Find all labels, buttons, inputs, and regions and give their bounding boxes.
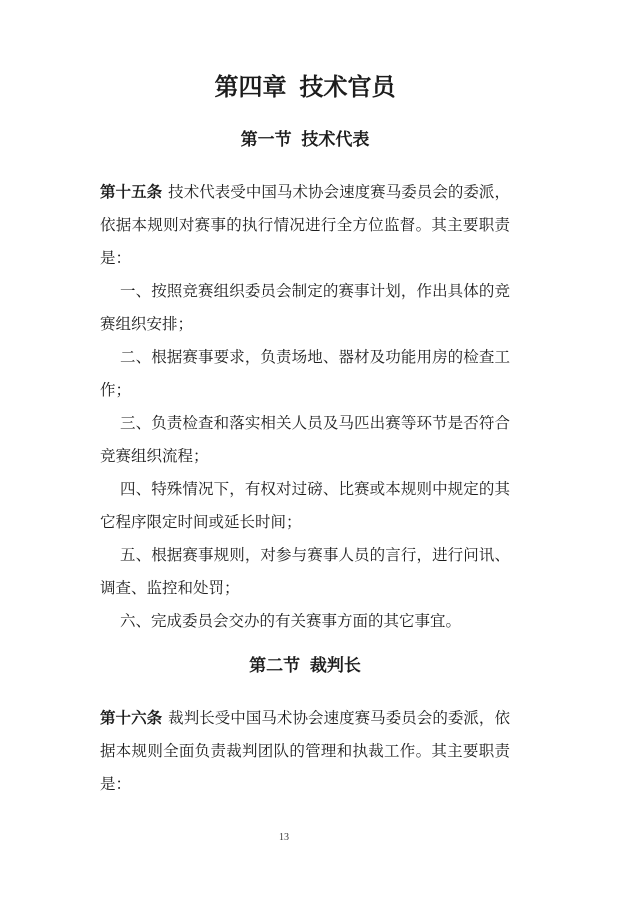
article-16-paragraph: 第十六条裁判长受中国马术协会速度赛马委员会的委派，依据本规则全面负责裁判团队的管… [100, 702, 510, 801]
duty-item-6: 六、完成委员会交办的有关赛事方面的其它事宜。 [100, 605, 510, 638]
section-2-title: 第二节 裁判长 [100, 638, 510, 702]
article-16-label: 第十六条 [100, 710, 162, 727]
article-15-paragraph: 第十五条技术代表受中国马术协会速度赛马委员会的委派，依据本规则对赛事的执行情况进… [100, 176, 510, 275]
text-block: 第四章 技术官员 第一节 技术代表 第十五条技术代表受中国马术协会速度赛马委员会… [0, 0, 636, 801]
duty-item-2: 二、根据赛事要求，负责场地、器材及功能用房的检查工作； [100, 341, 510, 407]
chapter-title: 第四章 技术官员 [100, 0, 510, 112]
duty-item-3: 三、负责检查和落实相关人员及马匹出赛等环节是否符合竞赛组织流程； [100, 407, 510, 473]
duty-item-5: 五、根据赛事规则，对参与赛事人员的言行，进行问讯、调查、监控和处罚； [100, 539, 510, 605]
duty-item-4: 四、特殊情况下，有权对过磅、比赛或本规则中规定的其它程序限定时间或延长时间； [100, 473, 510, 539]
page-number: 13 [279, 831, 289, 844]
duty-item-1: 一、按照竞赛组织委员会制定的赛事计划，作出具体的竞赛组织安排； [100, 275, 510, 341]
article-15-label: 第十五条 [100, 184, 162, 201]
section-1-title: 第一节 技术代表 [100, 112, 510, 176]
document-page: 第四章 技术官员 第一节 技术代表 第十五条技术代表受中国马术协会速度赛马委员会… [0, 0, 636, 900]
